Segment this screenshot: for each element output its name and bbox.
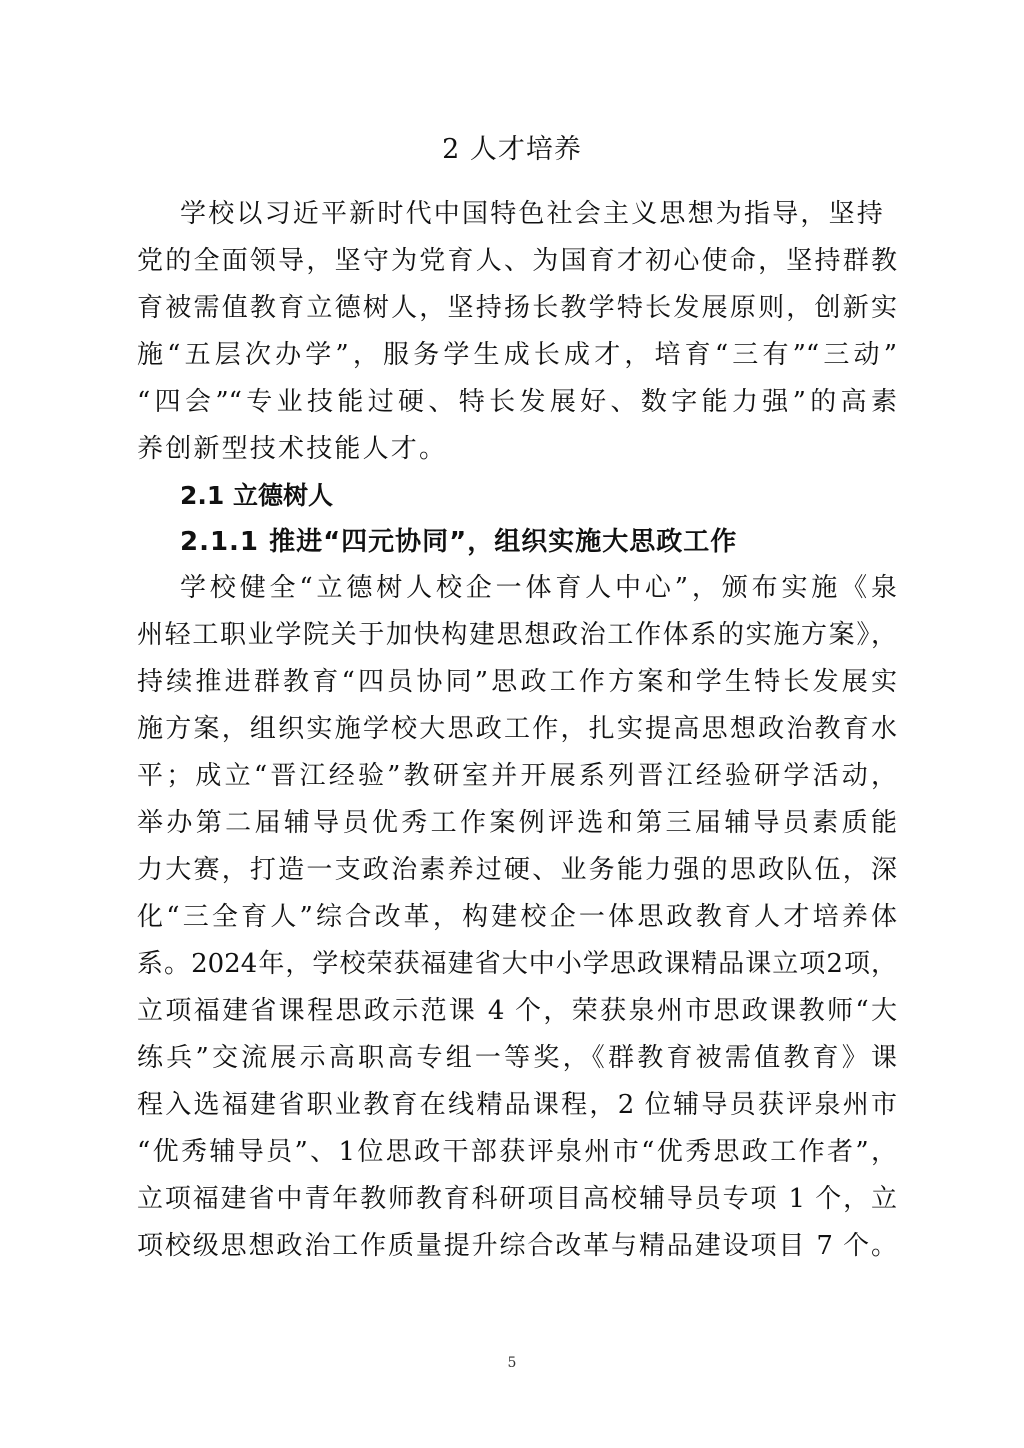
paragraph-line: 学校健全“立德树人校企一体育人中心”，颁布实施《泉 <box>180 570 897 606</box>
paragraph-line: 项校级思想政治工作质量提升综合改革与精品建设项目 7 个。 <box>137 1228 897 1264</box>
paragraph-line: “优秀辅导员”、1位思政干部获评泉州市“优秀思政工作者”， <box>137 1134 897 1170</box>
paragraph-line: 立项福建省课程思政示范课 4 个，荣获泉州市思政课教师“大 <box>137 993 897 1029</box>
paragraph-line: 持续推进群教育“四员协同”思政工作方案和学生特长发展实 <box>137 664 897 700</box>
paragraph-line: 举办第二届辅导员优秀工作案例评选和第三届辅导员素质能 <box>137 805 897 841</box>
paragraph-line: 施“五层次办学”，服务学生成长成才，培育“三有”“三动” <box>137 337 897 373</box>
document-page: 2 人才培养 学校以习近平新时代中国特色社会主义思想为指导，坚持 党的全面领导，… <box>0 0 1024 1448</box>
section-title: 2 人才培养 <box>0 132 1024 168</box>
paragraph-line: 学校以习近平新时代中国特色社会主义思想为指导，坚持 <box>180 196 897 232</box>
page-number: 5 <box>0 1355 1024 1371</box>
subsubsection-heading: 2.1.1 推进“四元协同”，组织实施大思政工作 <box>180 524 737 560</box>
paragraph-line: 养创新型技术技能人才。 <box>137 431 897 467</box>
paragraph-line: “四会”“专业技能过硬、特长发展好、数字能力强”的高素 <box>137 384 897 420</box>
paragraph-line: 力大赛，打造一支政治素养过硬、业务能力强的思政队伍，深 <box>137 852 897 888</box>
paragraph-line: 程入选福建省职业教育在线精品课程，2 位辅导员获评泉州市 <box>137 1087 897 1123</box>
paragraph-line: 立项福建省中青年教师教育科研项目高校辅导员专项 1 个，立 <box>137 1181 897 1217</box>
paragraph-line: 州轻工职业学院关于加快构建思想政治工作体系的实施方案》， <box>137 617 897 653</box>
paragraph-line: 平；成立“晋江经验”教研室并开展系列晋江经验研学活动， <box>137 758 897 794</box>
paragraph-line: 系。2024年，学校荣获福建省大中小学思政课精品课立项2项， <box>137 946 897 982</box>
paragraph-line: 党的全面领导，坚守为党育人、为国育才初心使命，坚持群教 <box>137 243 897 279</box>
paragraph-line: 练兵”交流展示高职高专组一等奖，《群教育被需值教育》课 <box>137 1040 897 1076</box>
subsection-heading: 2.1 立德树人 <box>180 478 333 514</box>
paragraph-line: 化“三全育人”综合改革，构建校企一体思政教育人才培养体 <box>137 899 897 935</box>
paragraph-line: 育被需值教育立德树人，坚持扬长教学特长发展原则，创新实 <box>137 290 897 326</box>
paragraph-line: 施方案，组织实施学校大思政工作，扎实提高思想政治教育水 <box>137 711 897 747</box>
